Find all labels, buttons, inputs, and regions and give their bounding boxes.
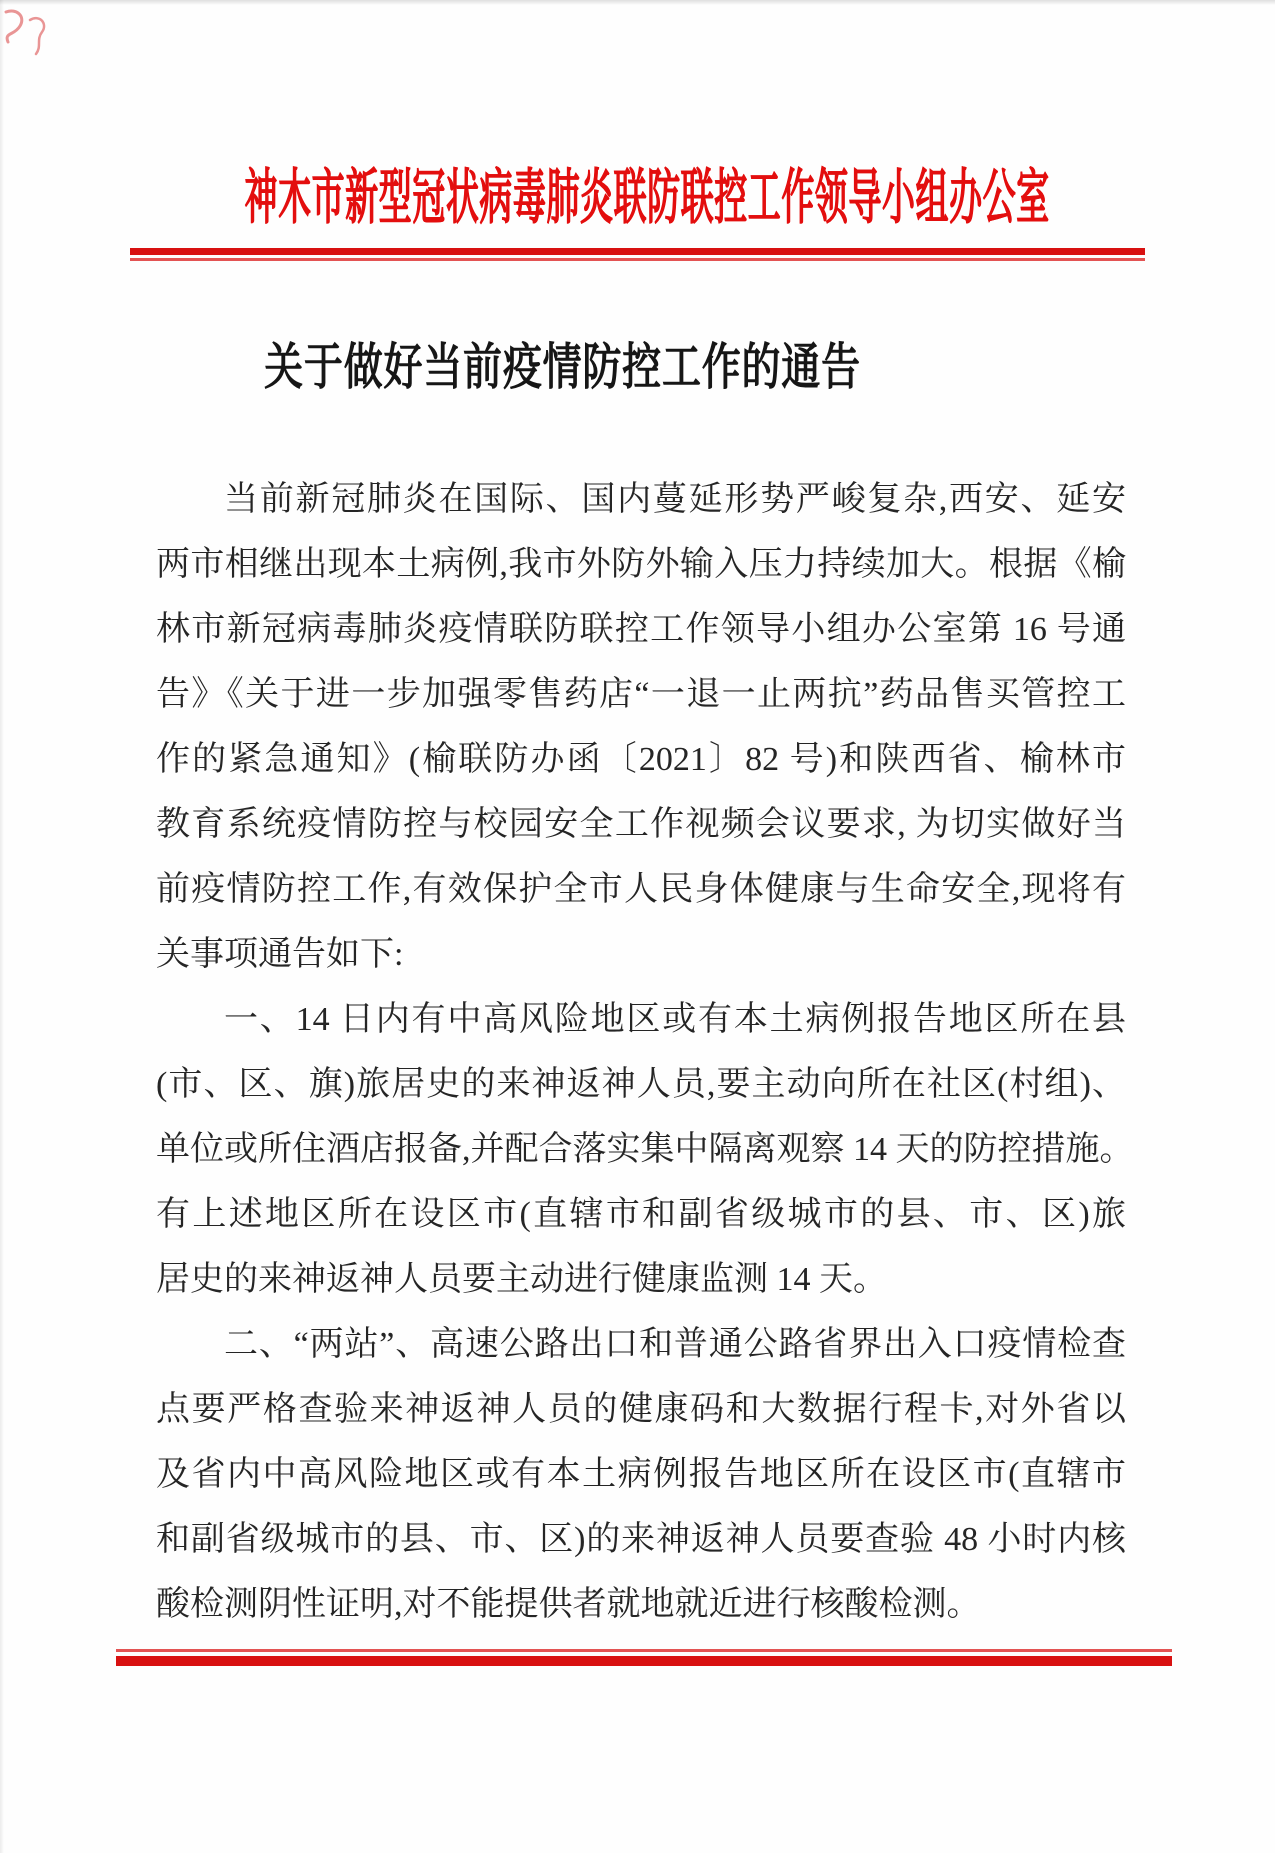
letterhead-title: 神木市新型冠状病毒肺炎联防联控工作领导小组办公室 <box>244 156 1049 240</box>
header-rule-thick-line <box>130 248 1145 255</box>
body-line: 酸检测阴性证明,对不能提供者就地就近进行核酸检测。 <box>156 1572 1126 1637</box>
header-rule-thin-line <box>130 258 1145 261</box>
body-line: 前疫情防控工作,有效保护全市人民身体健康与生命安全,现将有 <box>156 857 1126 922</box>
scan-edge-left <box>0 0 4 1853</box>
title-row: 关于做好当前疫情防控工作的通告 <box>0 334 1275 400</box>
letterhead-row: 神木市新型冠状病毒肺炎联防联控工作领导小组办公室 <box>0 156 1275 240</box>
header-rule <box>130 248 1145 261</box>
body-line: 作的紧急通知》(榆联防办函〔2021〕82 号)和陕西省、榆林市 <box>156 727 1126 792</box>
document-title: 关于做好当前疫情防控工作的通告 <box>264 334 861 400</box>
body-line: 有上述地区所在设区市(直辖市和副省级城市的县、市、区)旅 <box>156 1182 1126 1247</box>
scan-edge-top <box>0 0 1275 5</box>
body-line: 点要严格查验来神返神人员的健康码和大数据行程卡,对外省以 <box>156 1377 1126 1442</box>
body-line: 一、14 日内有中高风险地区或有本土病例报告地区所在县 <box>156 987 1126 1052</box>
body-line: 及省内中高风险地区或有本土病例报告地区所在设区市(直辖市 <box>156 1442 1126 1507</box>
body-line: 告》《关于进一步加强零售药店“一退一止两抗”药品售买管控工 <box>156 662 1126 727</box>
scan-artifact-red-mark <box>2 6 62 68</box>
document-body: 当前新冠肺炎在国际、国内蔓延形势严峻复杂,西安、延安 两市相继出现本土病例,我市… <box>156 467 1126 1637</box>
footer-rule-thin-line <box>116 1649 1172 1652</box>
body-line: 单位或所住酒店报备,并配合落实集中隔离观察 14 天的防控措施。 <box>156 1117 1126 1182</box>
scanned-notice-page: 神木市新型冠状病毒肺炎联防联控工作领导小组办公室 关于做好当前疫情防控工作的通告… <box>0 0 1275 1853</box>
body-line: 居史的来神返神人员要主动进行健康监测 14 天。 <box>156 1247 1126 1312</box>
body-line: (市、区、旗)旅居史的来神返神人员,要主动向所在社区(村组)、 <box>156 1052 1126 1117</box>
footer-rule-thick-line <box>116 1656 1172 1666</box>
body-line: 关事项通告如下: <box>156 922 1126 987</box>
body-line: 和副省级城市的县、市、区)的来神返神人员要查验 48 小时内核 <box>156 1507 1126 1572</box>
body-line: 二、“两站”、高速公路出口和普通公路省界出入口疫情检查 <box>156 1312 1126 1377</box>
footer-rule <box>116 1649 1172 1666</box>
body-line: 两市相继出现本土病例,我市外防外输入压力持续加大。根据《榆 <box>156 532 1126 597</box>
body-line: 林市新冠病毒肺炎疫情联防联控工作领导小组办公室第 16 号通 <box>156 597 1126 662</box>
body-line: 教育系统疫情防控与校园安全工作视频会议要求, 为切实做好当 <box>156 792 1126 857</box>
body-line: 当前新冠肺炎在国际、国内蔓延形势严峻复杂,西安、延安 <box>156 467 1126 532</box>
